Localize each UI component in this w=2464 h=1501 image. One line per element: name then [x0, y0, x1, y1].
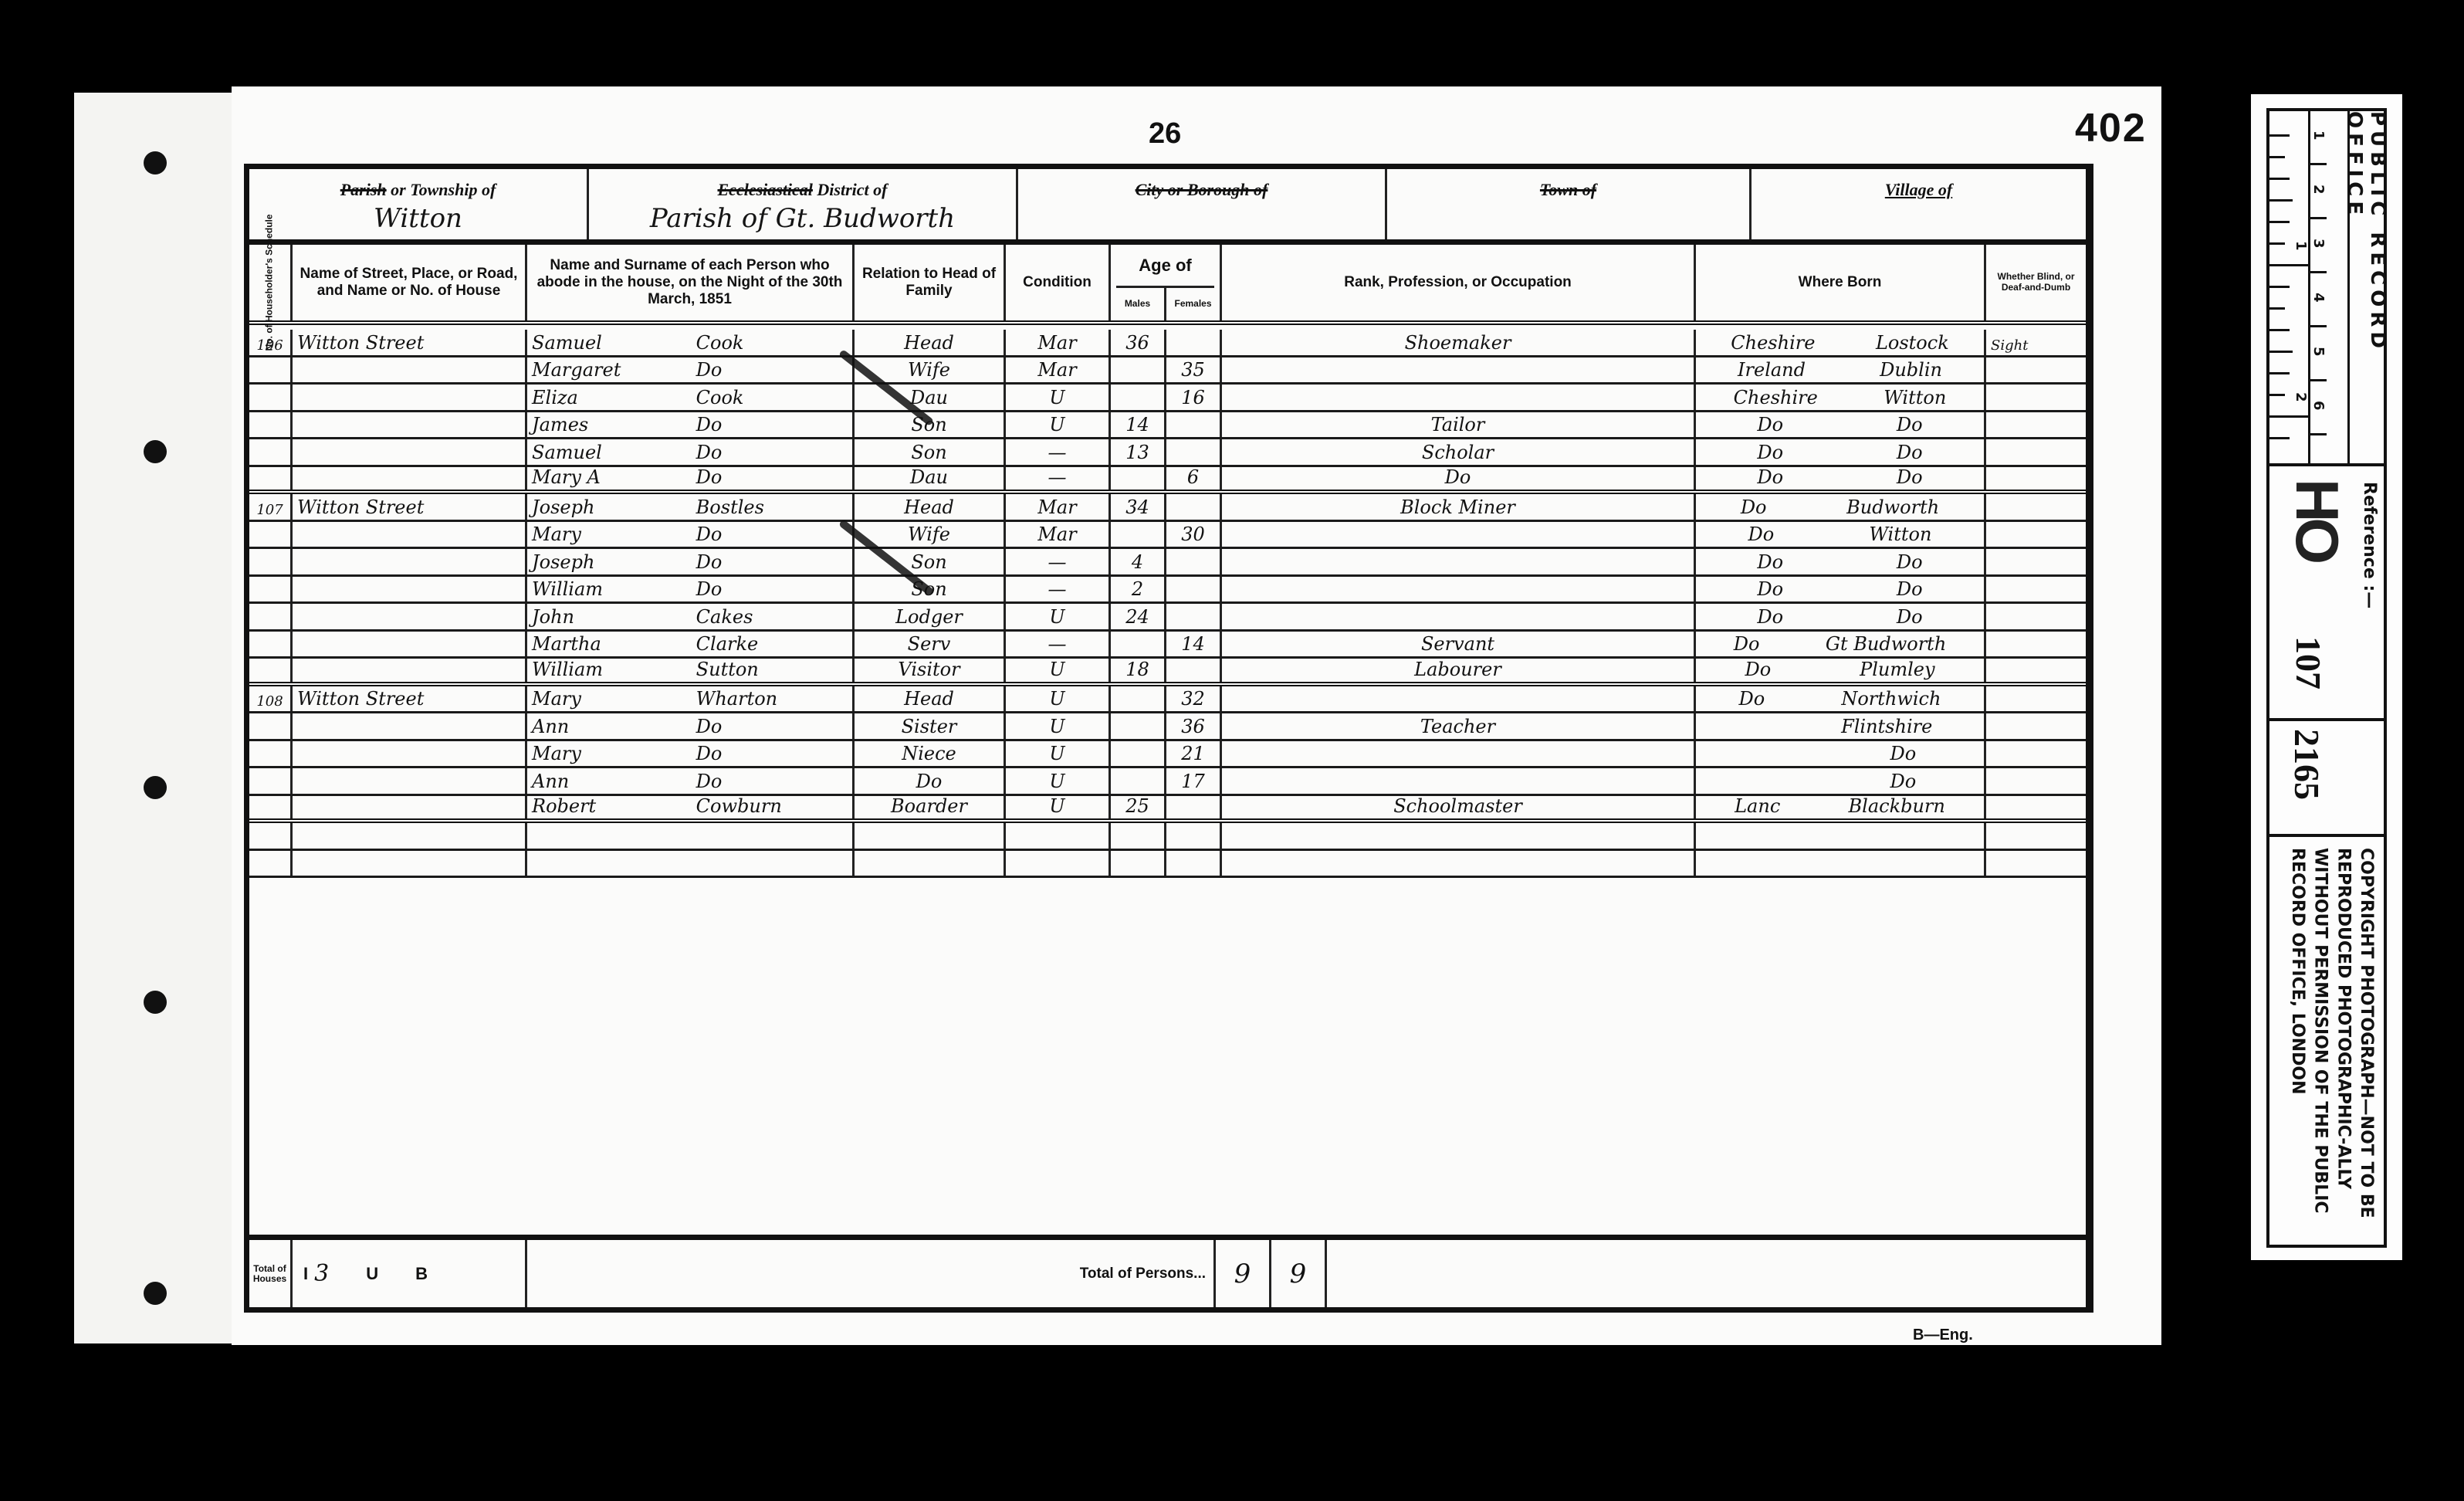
born-place: Northwich	[1841, 688, 1941, 710]
infirmity	[1986, 577, 2086, 602]
relation: Boarder	[855, 796, 1006, 819]
surname: Do	[696, 716, 723, 737]
age-female	[1166, 823, 1222, 849]
age-female: 17	[1166, 768, 1222, 794]
relation: Lodger	[855, 604, 1006, 629]
given-name: Robert	[532, 796, 696, 818]
inch-scale: 1 2	[2269, 111, 2313, 463]
age-male	[1111, 467, 1166, 490]
born-place: Blackburn	[1849, 796, 1945, 818]
age-male: 24	[1111, 604, 1166, 629]
infirmity	[1986, 632, 2086, 657]
relation: Head	[855, 686, 1006, 712]
stamped-folio-number: 402	[2075, 105, 2147, 151]
person-name: JosephBostles	[527, 494, 855, 520]
header-age-females: Females	[1166, 288, 1220, 320]
born-county: Lanc	[1735, 796, 1780, 818]
born-place: Do	[1897, 551, 1923, 573]
person-name: SamuelCook	[527, 330, 855, 355]
header-occupation: Rank, Profession, or Occupation	[1222, 245, 1696, 320]
where-born	[1696, 823, 1986, 849]
reference-class: HO	[2282, 479, 2352, 560]
person-name	[527, 851, 855, 876]
condition: —	[1006, 467, 1111, 490]
surname: Do	[696, 551, 723, 573]
surname: Do	[696, 743, 723, 764]
occupation: Tailor	[1222, 412, 1696, 438]
reference-box: Reference :— HO 107	[2269, 466, 2384, 721]
born-county: Do	[1739, 688, 1765, 710]
where-born: DoBudworth	[1696, 494, 1986, 520]
schedule-number: 108	[249, 686, 293, 712]
table-row: RobertCowburn Boarder U 25 Schoolmaster …	[249, 796, 2086, 824]
where-born: DoDo	[1696, 439, 1986, 465]
schedule-number	[249, 796, 293, 819]
occupation: Block Miner	[1222, 494, 1696, 520]
age-male	[1111, 823, 1166, 849]
person-name: MaryDo	[527, 522, 855, 547]
street-name	[293, 604, 527, 629]
born-county: Do	[1748, 523, 1775, 545]
uninhabited-label: U	[366, 1264, 378, 1284]
where-born: LancBlackburn	[1696, 796, 1986, 819]
village-label: Village of	[1885, 180, 1952, 199]
born-county: Do	[1745, 659, 1771, 680]
town-cell: Town of	[1387, 169, 1752, 239]
inhabited-label: I	[303, 1264, 308, 1284]
age-female	[1166, 851, 1222, 876]
street-name	[293, 659, 527, 682]
printed-folio-number: 26	[1149, 117, 1181, 151]
street-name: Witton Street	[293, 494, 527, 520]
person-name: JamesDo	[527, 412, 855, 438]
relation: Niece	[855, 741, 1006, 767]
given-name: Joseph	[532, 496, 696, 518]
born-place: Witton	[1884, 387, 1946, 408]
occupation: Labourer	[1222, 659, 1696, 682]
age-male	[1111, 741, 1166, 767]
street-name: Witton Street	[293, 686, 527, 712]
age-female: 16	[1166, 385, 1222, 410]
given-name: Ann	[532, 716, 696, 737]
schedule-number	[249, 467, 293, 490]
surname: Do	[696, 359, 723, 381]
header-blind-deaf: Whether Blind, or Deaf-and-Dumb	[1986, 245, 2086, 320]
condition: U	[1006, 741, 1111, 767]
condition: U	[1006, 385, 1111, 410]
table-row: 108 Witton Street MaryWharton Head U 32 …	[249, 686, 2086, 714]
surname: Cook	[696, 332, 744, 354]
village-cell: Village of	[1752, 169, 2086, 239]
occupation	[1222, 686, 1696, 712]
ecclesiastical-district-value: Parish of Gt. Budworth	[589, 203, 1016, 234]
born-county: Do	[1757, 551, 1783, 573]
table-row: AnnDo Sister U 36 Teacher Flintshire	[249, 713, 2086, 741]
age-male: 36	[1111, 330, 1166, 355]
born-place: Witton	[1869, 523, 1931, 545]
occupation	[1222, 577, 1696, 602]
person-name	[527, 823, 855, 849]
infirmity	[1986, 604, 2086, 629]
totals-row: Total of Houses I 3 U B Total of Persons…	[249, 1235, 2086, 1307]
infirmity	[1986, 439, 2086, 465]
table-row: JosephDo Son — 4 DoDo	[249, 549, 2086, 577]
infirmity	[1986, 494, 2086, 520]
person-name: Mary ADo	[527, 467, 855, 490]
household-rows: 106 Witton Street SamuelCook Head Mar 36…	[249, 330, 2086, 878]
person-name: AnnDo	[527, 768, 855, 794]
reference-piece: 107	[2288, 636, 2329, 690]
building-label: B	[415, 1264, 428, 1284]
age-male: 2	[1111, 577, 1166, 602]
header-where-born: Where Born	[1696, 245, 1986, 320]
printer-mark: B—Eng.	[1913, 1327, 1973, 1344]
street-name	[293, 549, 527, 574]
given-name: James	[532, 414, 696, 435]
age-male	[1111, 686, 1166, 712]
where-born: DoGt Budworth	[1696, 632, 1986, 657]
borough-cell: City or Borough of	[1018, 169, 1387, 239]
occupation: Servant	[1222, 632, 1696, 657]
born-county: Do	[1741, 496, 1767, 518]
occupation: Do	[1222, 467, 1696, 490]
infirmity	[1986, 796, 2086, 819]
where-born: Do	[1696, 768, 1986, 794]
age-male: 34	[1111, 494, 1166, 520]
infirmity	[1986, 768, 2086, 794]
age-male	[1111, 522, 1166, 547]
table-row: JamesDo Son U 14 Tailor DoDo	[249, 412, 2086, 440]
surname: Bostles	[696, 496, 764, 518]
relation: Head	[855, 330, 1006, 355]
born-place: Budworth	[1846, 496, 1939, 518]
condition	[1006, 851, 1111, 876]
reference-folio: 2165	[2286, 729, 2327, 800]
age-male	[1111, 632, 1166, 657]
total-houses: I 3 U B	[293, 1240, 527, 1307]
infirmity	[1986, 385, 2086, 410]
header-name: Name and Surname of each Person who abod…	[527, 245, 855, 320]
relation: Head	[855, 494, 1006, 520]
schedule-number	[249, 412, 293, 438]
person-name: ElizaCook	[527, 385, 855, 410]
district-header: Parish or Township of Witton Ecclesiasti…	[249, 169, 2086, 245]
infirmity	[1986, 412, 2086, 438]
infirmity	[1986, 823, 2086, 849]
occupation	[1222, 604, 1696, 629]
parish-label: or Township of	[387, 180, 496, 199]
table-row: MargaretDo Wife Mar 35 IrelandDublin	[249, 357, 2086, 385]
occupation	[1222, 851, 1696, 876]
surname: Do	[696, 578, 723, 600]
given-name: Margaret	[532, 359, 696, 381]
schedule-number	[249, 357, 293, 383]
surname: Clarke	[696, 633, 759, 655]
person-name: JosephDo	[527, 549, 855, 574]
occupation	[1222, 385, 1696, 410]
condition: —	[1006, 632, 1111, 657]
header-age: Age of Males Females	[1111, 245, 1222, 320]
pro-reference-strip: PUBLIC RECORD OFFICE 1 2 3 4 5 6	[2251, 94, 2402, 1260]
surname: Wharton	[696, 688, 777, 710]
person-name: MaryWharton	[527, 686, 855, 712]
table-row	[249, 851, 2086, 879]
surname: Cowburn	[696, 796, 782, 818]
street-name	[293, 632, 527, 657]
born-place: Gt Budworth	[1826, 633, 1946, 655]
age-female	[1166, 577, 1222, 602]
parish-label-struck: Parish	[340, 180, 387, 199]
street-name	[293, 741, 527, 767]
age-female	[1166, 494, 1222, 520]
infirmity	[1986, 357, 2086, 383]
where-born: DoDo	[1696, 467, 1986, 490]
scale-ruler: PUBLIC RECORD OFFICE 1 2 3 4 5 6	[2269, 111, 2384, 466]
table-row: AnnDo Do U 17 Do	[249, 768, 2086, 796]
copyright-notice: COPYRIGHT PHOTOGRAPH—NOT TO BE REPRODUCE…	[2269, 837, 2384, 1245]
person-name: JohnCakes	[527, 604, 855, 629]
punch-hole	[144, 151, 167, 174]
census-page: 26 402 Parish or Township of Witton Eccl…	[232, 86, 2161, 1345]
ecclesiastical-label-struck: Ecclesiastical	[718, 180, 813, 199]
table-row: Mary ADo Dau — 6 Do DoDo	[249, 467, 2086, 495]
street-name	[293, 713, 527, 739]
schedule-number	[249, 713, 293, 739]
age-female: 6	[1166, 467, 1222, 490]
infirmity	[1986, 741, 2086, 767]
header-age-males: Males	[1111, 288, 1166, 320]
ecclesiastical-district-cell: Ecclesiastical District of Parish of Gt.…	[589, 169, 1018, 239]
schedule-number	[249, 659, 293, 682]
condition: U	[1006, 659, 1111, 682]
given-name: William	[532, 578, 696, 600]
age-female	[1166, 412, 1222, 438]
age-male: 18	[1111, 659, 1166, 682]
person-name: AnnDo	[527, 713, 855, 739]
condition: U	[1006, 604, 1111, 629]
relation	[855, 823, 1006, 849]
street-name	[293, 823, 527, 849]
person-name: SamuelDo	[527, 439, 855, 465]
header-condition: Condition	[1006, 245, 1111, 320]
street-name: Witton Street	[293, 330, 527, 355]
given-name: Martha	[532, 633, 696, 655]
schedule-number	[249, 604, 293, 629]
person-name: WilliamSutton	[527, 659, 855, 682]
age-male	[1111, 851, 1166, 876]
table-row: MaryDo Niece U 21 Do	[249, 741, 2086, 769]
relation: Visitor	[855, 659, 1006, 682]
street-name	[293, 385, 527, 410]
where-born: DoPlumley	[1696, 659, 1986, 682]
where-born: CheshireWitton	[1696, 385, 1986, 410]
born-county: Do	[1757, 414, 1783, 435]
table-row: 107 Witton Street JosephBostles Head Mar…	[249, 494, 2086, 522]
age-female: 30	[1166, 522, 1222, 547]
schedule-number: 106	[249, 330, 293, 355]
born-county: Ireland	[1738, 359, 1806, 381]
schedule-number	[249, 577, 293, 602]
given-name: John	[532, 606, 696, 628]
street-name	[293, 412, 527, 438]
schedule-number	[249, 823, 293, 849]
given-name: Samuel	[532, 442, 696, 463]
schedule-number	[249, 549, 293, 574]
relation: Sister	[855, 713, 1006, 739]
born-place: Do	[1897, 467, 1923, 489]
occupation: Teacher	[1222, 713, 1696, 739]
born-county: Cheshire	[1734, 387, 1818, 408]
schedule-number: 107	[249, 494, 293, 520]
born-place: Do	[1897, 414, 1923, 435]
schedule-number	[249, 632, 293, 657]
occupation: Scholar	[1222, 439, 1696, 465]
person-name: MarthaClarke	[527, 632, 855, 657]
schedule-number	[249, 522, 293, 547]
table-row: MaryDo Wife Mar 30 DoWitton	[249, 522, 2086, 550]
table-row: SamuelDo Son — 13 Scholar DoDo	[249, 439, 2086, 467]
total-persons-label: Total of Persons...	[527, 1240, 1216, 1307]
born-place: Do	[1897, 578, 1923, 600]
infirmity	[1986, 713, 2086, 739]
age-female: 14	[1166, 632, 1222, 657]
given-name: Eliza	[532, 387, 696, 408]
age-female	[1166, 330, 1222, 355]
occupation	[1222, 522, 1696, 547]
street-name	[293, 467, 527, 490]
relation: Serv	[855, 632, 1006, 657]
cm-scale: 1 2 3 4 5 6	[2308, 111, 2350, 463]
where-born: DoNorthwich	[1696, 686, 1986, 712]
town-label-struck: Town of	[1540, 180, 1596, 199]
schedule-number	[249, 741, 293, 767]
age-female	[1166, 549, 1222, 574]
condition: —	[1006, 439, 1111, 465]
infirmity	[1986, 467, 2086, 490]
header-schedule-no: No. of Householder's Schedule	[249, 245, 293, 320]
condition: —	[1006, 577, 1111, 602]
surname: Do	[696, 414, 723, 435]
age-female	[1166, 796, 1222, 819]
ruler-title: PUBLIC RECORD OFFICE	[2351, 111, 2381, 463]
relation: Do	[855, 768, 1006, 794]
infirmity	[1986, 549, 2086, 574]
occupation	[1222, 549, 1696, 574]
relation: Dau	[855, 385, 1006, 410]
condition	[1006, 823, 1111, 849]
condition: Mar	[1006, 522, 1111, 547]
surname: Cook	[696, 387, 744, 408]
binding-margin	[74, 93, 236, 1343]
schedule-number	[249, 851, 293, 876]
born-place: Lostock	[1876, 332, 1949, 354]
street-name	[293, 522, 527, 547]
where-born: DoDo	[1696, 604, 1986, 629]
street-name	[293, 357, 527, 383]
age-male	[1111, 357, 1166, 383]
infirmity: Sight	[1986, 330, 2086, 355]
punch-hole	[144, 776, 167, 799]
where-born	[1696, 851, 1986, 876]
age-female	[1166, 439, 1222, 465]
header-street: Name of Street, Place, or Road, and Name…	[293, 245, 527, 320]
inhabited-count: 3	[314, 1260, 329, 1287]
condition: Mar	[1006, 357, 1111, 383]
age-male: 13	[1111, 439, 1166, 465]
age-male: 25	[1111, 796, 1166, 819]
infirmity	[1986, 686, 2086, 712]
parish-value: Witton	[249, 203, 587, 234]
age-female	[1166, 659, 1222, 682]
born-county: Do	[1757, 606, 1783, 628]
table-row: WilliamSutton Visitor U 18 Labourer DoPl…	[249, 659, 2086, 686]
born-place: Do	[1890, 771, 1916, 792]
enumeration-table: Parish or Township of Witton Ecclesiasti…	[244, 164, 2093, 1313]
age-male: 4	[1111, 549, 1166, 574]
infirmity	[1986, 522, 2086, 547]
born-place: Dublin	[1880, 359, 1942, 381]
occupation	[1222, 741, 1696, 767]
column-headers: No. of Householder's Schedule Name of St…	[249, 245, 2086, 325]
table-row	[249, 823, 2086, 851]
given-name: Mary	[532, 743, 696, 764]
where-born: IrelandDublin	[1696, 357, 1986, 383]
born-county: Do	[1757, 442, 1783, 463]
table-row: WilliamDo Son — 2 DoDo	[249, 577, 2086, 605]
age-female: 21	[1166, 741, 1222, 767]
age-male	[1111, 768, 1166, 794]
surname: Do	[696, 523, 723, 545]
person-name: RobertCowburn	[527, 796, 855, 819]
reference-folio-box: 2165	[2269, 721, 2384, 837]
given-name: Mary A	[532, 467, 696, 489]
given-name: Joseph	[532, 551, 696, 573]
born-county: Do	[1757, 578, 1783, 600]
age-female: 36	[1166, 713, 1222, 739]
street-name	[293, 768, 527, 794]
age-female: 35	[1166, 357, 1222, 383]
occupation	[1222, 357, 1696, 383]
born-place: Flintshire	[1841, 716, 1932, 737]
given-name: Mary	[532, 523, 696, 545]
condition: —	[1006, 549, 1111, 574]
person-name: MargaretDo	[527, 357, 855, 383]
infirmity	[1986, 659, 2086, 682]
relation: Wife	[855, 522, 1006, 547]
occupation	[1222, 768, 1696, 794]
street-name	[293, 439, 527, 465]
born-place: Do	[1897, 442, 1923, 463]
born-place: Do	[1897, 606, 1923, 628]
street-name	[293, 796, 527, 819]
relation	[855, 851, 1006, 876]
surname: Do	[696, 442, 723, 463]
where-born: DoDo	[1696, 412, 1986, 438]
surname: Do	[696, 771, 723, 792]
total-males: 9	[1216, 1240, 1271, 1307]
total-houses-label: Total of Houses	[249, 1240, 293, 1307]
infirmity	[1986, 851, 2086, 876]
condition: U	[1006, 686, 1111, 712]
where-born: DoDo	[1696, 577, 1986, 602]
surname: Cakes	[696, 606, 753, 628]
condition: U	[1006, 768, 1111, 794]
table-row: ElizaCook Dau U 16 CheshireWitton	[249, 385, 2086, 412]
relation: Dau	[855, 467, 1006, 490]
born-county: Do	[1734, 633, 1760, 655]
street-name	[293, 577, 527, 602]
where-born: DoDo	[1696, 549, 1986, 574]
